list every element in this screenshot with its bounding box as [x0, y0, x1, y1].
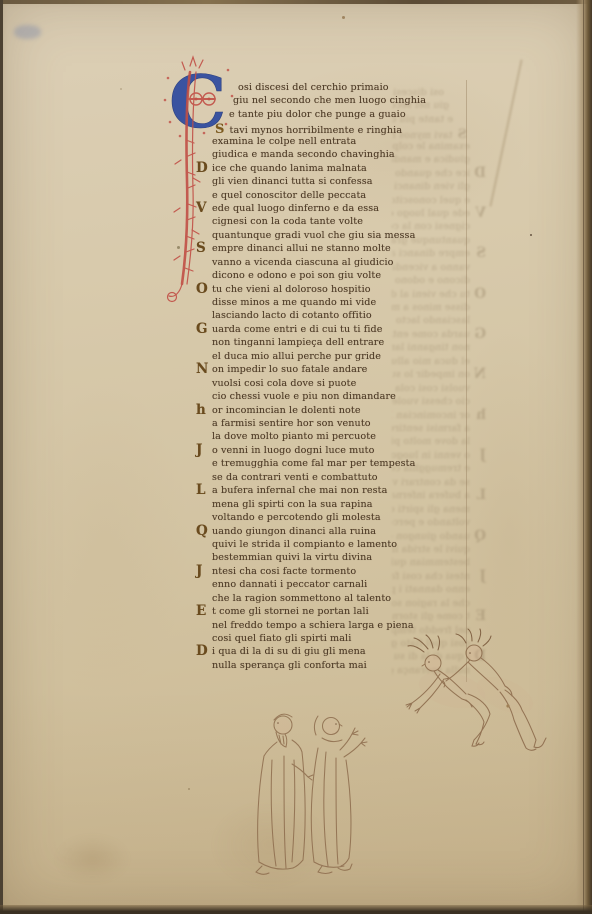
manuscript-artwork: C [0, 0, 592, 914]
parchment-speck [342, 16, 345, 19]
ink-speck [530, 234, 532, 236]
page-left-edge [0, 0, 3, 914]
book-fore-edge-line [583, 0, 584, 914]
book-fore-edge [576, 0, 592, 914]
drawing-paolo-francesca [406, 629, 546, 750]
illuminated-initial-c: C [164, 57, 234, 302]
manuscript-page-photo: osi discesi del cerchio primaiogiu nel s… [0, 0, 592, 914]
drawing-virgil-dante [256, 714, 367, 874]
parchment-speck [188, 788, 190, 790]
initial-letter-c: C [169, 59, 226, 144]
parchment-speck [177, 246, 180, 249]
parchment-speck [120, 88, 122, 90]
page-top-edge [0, 0, 592, 4]
page-bottom-edge [0, 905, 592, 914]
